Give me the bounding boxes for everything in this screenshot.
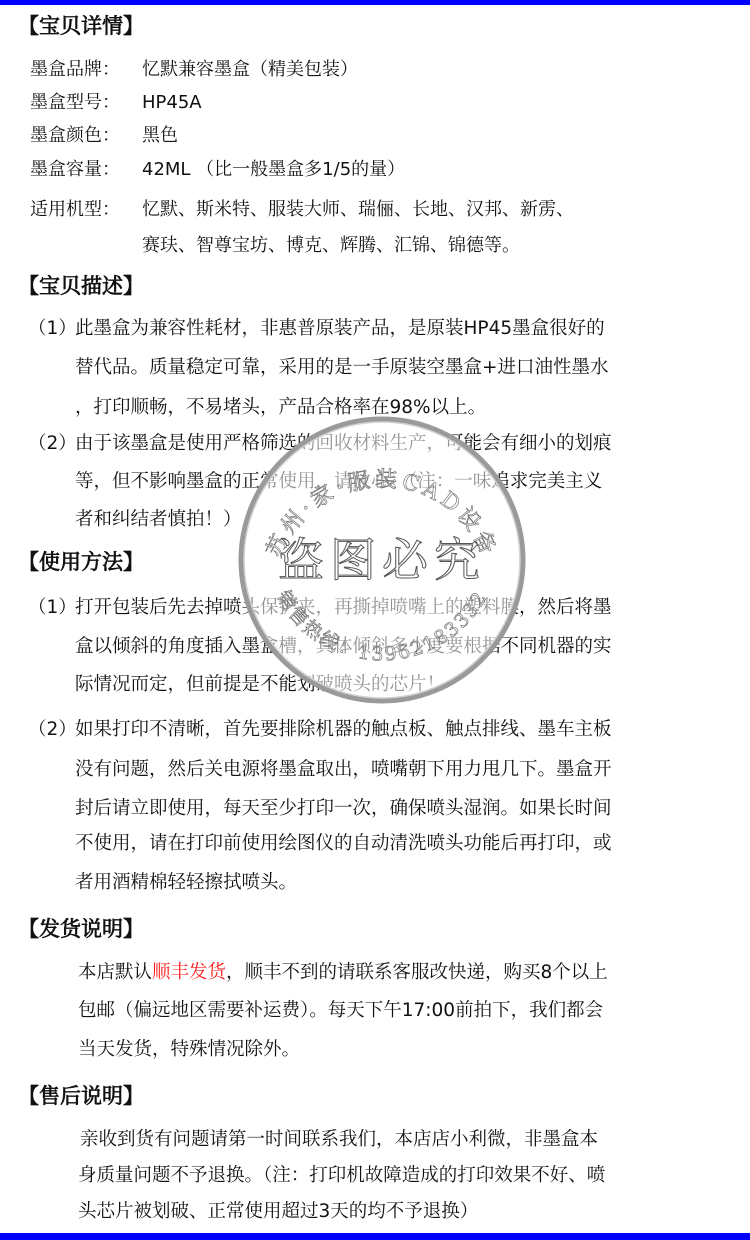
detail-label: 墨盒颜色： — [30, 121, 142, 147]
usage-item-2-line-4: 不使用，请在打印前使用绘图仪的自动清洗喷头功能后再打印，或 — [75, 829, 612, 855]
description-item-1-line-1: 此墨盒为兼容性耗材，非惠普原装产品，是原装HP45墨盒很好的 — [75, 314, 605, 340]
detail-value: 忆默兼容墨盒（精美包装） — [142, 59, 358, 80]
description-item-2-line-2: 等，但不影响墨盒的正常使用，请放心。（注：一味追求完美主义 — [75, 467, 602, 493]
item-number: （1） — [28, 593, 77, 619]
after-sales-line-1: 亲收到货有问题请第一时间联系我们，本店店小利微，非墨盒本 — [80, 1125, 598, 1151]
detail-value: 忆默、斯米特、服装大师、瑞俪、长地、汉邦、新雳、 — [142, 199, 574, 220]
item-number: （2） — [28, 715, 77, 741]
usage-item-1-line-2: 盒以倾斜的角度插入墨盒槽，具体倾斜多少度要根据不同机器的实 — [75, 632, 612, 658]
description-item-1-line-3: ，打印顺畅，不易堵头，产品合格率在98%以上。 — [75, 393, 486, 419]
section-heading-after-sales: 【售后说明】 — [18, 1080, 144, 1110]
usage-item-2-line-5: 者用酒精棉轻轻擦拭喷头。 — [75, 868, 297, 894]
usage-item-2-line-3: 封后请立即使用，每天至少打印一次，确保喷头湿润。如果长时间 — [75, 794, 612, 820]
shipping-line-3: 当天发货，特殊情况除外。 — [78, 1035, 300, 1061]
detail-row-color: 墨盒颜色：黑色 — [30, 121, 178, 147]
description-item-2-line-3: 者和纠结者慎拍！） — [75, 505, 242, 531]
usage-item-1-line-3: 际情况而定，但前提是不能划破喷头的芯片！ — [75, 670, 445, 696]
usage-item-1-line-1: 打开包装后先去掉喷头保护夹，再撕掉喷嘴上的塑料膜，然后将墨 — [75, 593, 612, 619]
watermark-seal-icon: 苏州·家·服装CAD设备 销售热线：13962183332 盗图必究 — [236, 414, 528, 706]
after-sales-line-3: 头芯片被划破、正常使用超过3天的均不予退换） — [78, 1197, 478, 1223]
description-item-1-line-2: 替代品。质量稳定可靠，采用的是一手原装空墨盒+进口油性墨水 — [75, 353, 609, 379]
detail-row-compatible: 适用机型：忆默、斯米特、服装大师、瑞俪、长地、汉邦、新雳、 — [30, 195, 574, 221]
usage-item-2-line-2: 没有问题，然后关电源将墨盒取出，喷嘴朝下用力甩几下。墨盒开 — [75, 755, 612, 781]
shipping-highlight: 顺丰发货 — [152, 962, 226, 983]
detail-value: 42ML （比一般墨盒多1/5的量） — [142, 159, 405, 180]
shipping-suffix: ，顺丰不到的请联系客服改快递，购买8个以上 — [226, 962, 608, 983]
section-heading-description: 【宝贝描述】 — [18, 270, 144, 300]
description-item-2-line-1: 由于该墨盒是使用严格筛选的回收材料生产，可能会有细小的划痕 — [75, 429, 612, 455]
detail-label: 墨盒容量： — [30, 155, 142, 181]
detail-row-model: 墨盒型号：HP45A — [30, 88, 202, 114]
usage-item-2-line-1: 如果打印不清晰，首先要排除机器的触点板、触点排线、墨车主板 — [75, 715, 612, 741]
detail-value: 黑色 — [142, 125, 178, 146]
shipping-prefix: 本店默认 — [78, 962, 152, 983]
detail-label: 墨盒型号： — [30, 88, 142, 114]
section-heading-shipping: 【发货说明】 — [18, 913, 144, 943]
detail-label: 墨盒品牌： — [30, 55, 142, 81]
watermark-center-text: 盗图必究 — [278, 533, 486, 587]
shipping-line-2: 包邮（偏远地区需要补运费）。每天下午17:00前拍下，我们都会 — [78, 996, 603, 1022]
section-heading-details: 【宝贝详情】 — [18, 10, 144, 40]
bottom-accent-bar — [0, 1233, 750, 1240]
section-heading-usage: 【使用方法】 — [18, 546, 144, 576]
shipping-line-1: 本店默认顺丰发货，顺丰不到的请联系客服改快递，购买8个以上 — [78, 958, 608, 984]
detail-value: HP45A — [142, 92, 202, 113]
top-accent-bar — [0, 0, 750, 5]
item-number: （2） — [28, 429, 77, 455]
detail-row-compatible-cont: 赛玞、智尊宝坊、博克、辉腾、汇锦、锦德等。 — [142, 231, 520, 257]
item-number: （1） — [28, 314, 77, 340]
detail-row-capacity: 墨盒容量：42ML （比一般墨盒多1/5的量） — [30, 155, 405, 181]
detail-row-brand: 墨盒品牌：忆默兼容墨盒（精美包装） — [30, 55, 358, 81]
after-sales-line-2: 身质量问题不予退换。（注：打印机故障造成的打印效果不好、喷 — [78, 1161, 605, 1187]
detail-label: 适用机型： — [30, 195, 142, 221]
